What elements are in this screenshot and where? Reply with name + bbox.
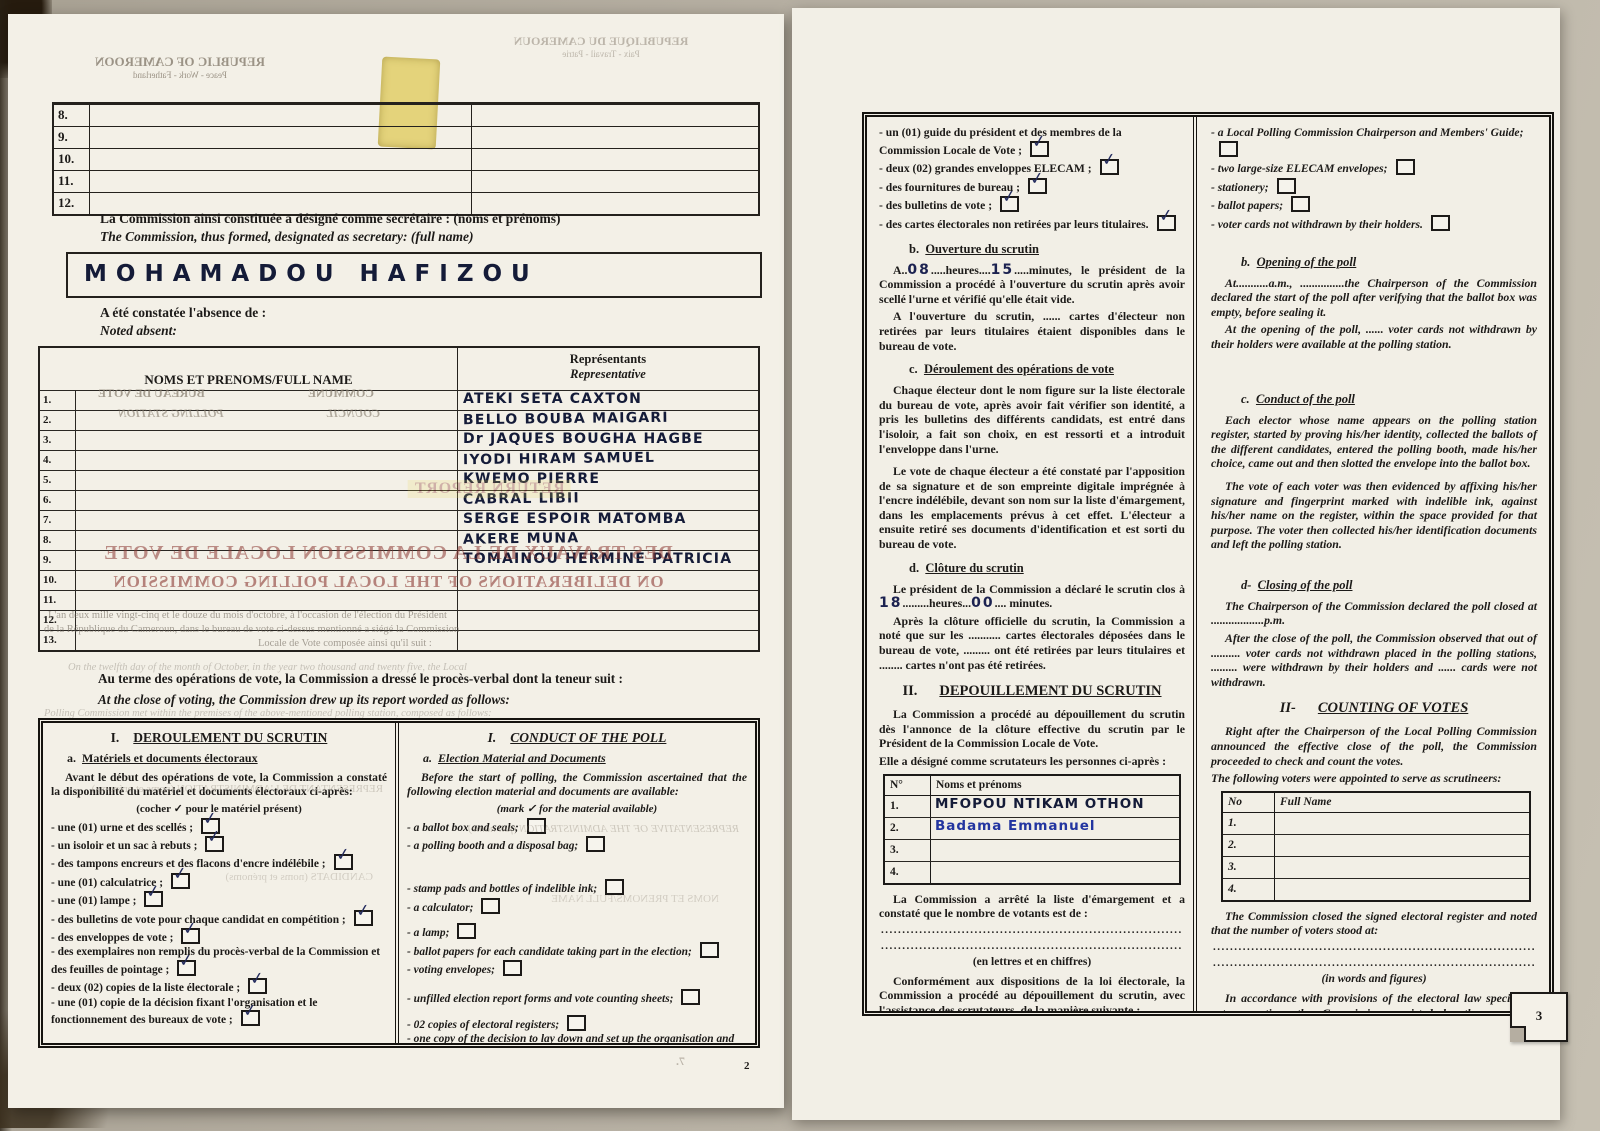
item-dash: - xyxy=(1211,181,1215,194)
material-item-en: - a lamp; xyxy=(407,923,747,940)
scrutineers-intro-fr: Elle a désigné comme scrutateurs les per… xyxy=(879,754,1185,769)
representative-row: 4. IYODI HIRAM SAMUEL xyxy=(40,450,758,470)
item-label: des exemplaires non remplis du procès-ve… xyxy=(51,946,380,975)
absent-label-fr: A été constatée l'absence de : xyxy=(100,304,266,322)
row-cell-right xyxy=(472,149,758,170)
item-label: a lamp; xyxy=(414,927,450,939)
item-dash: - xyxy=(879,181,883,194)
handwritten-hours: 18 xyxy=(879,595,902,611)
row-name xyxy=(1275,857,1529,878)
material-item-en: - ballot papers; xyxy=(1211,196,1537,214)
material-item-en: - voter cards not withdrawn by their hol… xyxy=(1211,215,1537,233)
stamp-return-report: RETURN REPORT xyxy=(408,480,571,498)
bleedthrough-administration-en: REPRESENTATIVE OF THE ADMINISTRATION (fu… xyxy=(439,823,739,835)
scanned-election-report: { "misc": { "dash": "-", "sep": "" }, "l… xyxy=(0,0,1600,1131)
members-table-rows-8-12: 8. 9. 10. 11. 12. xyxy=(52,102,760,216)
item-dash: - xyxy=(879,218,883,231)
row-cell-name xyxy=(76,471,458,490)
item-label: a Local Polling Commission Chairperson a… xyxy=(1218,126,1524,139)
checkbox xyxy=(567,1015,586,1031)
row-name xyxy=(1275,879,1529,900)
checkmark: ✓ xyxy=(1157,207,1173,226)
row-number: 4. xyxy=(1223,879,1275,900)
item-dash: - xyxy=(879,162,883,175)
item-label: un isoloir et un sac à rebuts ; xyxy=(58,840,198,852)
col-header-representative: Représentants Representative xyxy=(458,348,758,390)
handwritten-hours: 08 xyxy=(907,262,930,278)
item-label: voting envelopes; xyxy=(414,964,495,976)
row-number: 1. xyxy=(885,796,931,817)
item-dash: - xyxy=(1211,199,1215,212)
row-number: 11. xyxy=(40,591,76,610)
page-number-2: 2 xyxy=(744,1060,750,1072)
row-name xyxy=(1275,835,1529,856)
row-cell-name xyxy=(90,149,472,170)
material-item-fr: - un (01) guide du président et des memb… xyxy=(879,126,1185,158)
row-number: 8. xyxy=(54,105,90,126)
row-number: 9. xyxy=(54,127,90,148)
checkmark: ✓ xyxy=(206,828,222,847)
scrutineer-row: 3. xyxy=(885,839,1179,861)
checkmark: ✓ xyxy=(178,952,194,971)
page-number-3: 3 xyxy=(1510,992,1568,1042)
voters-count-para-fr: La Commission a arrêté la liste d'émarge… xyxy=(879,892,1185,921)
scrutineer-row: 1. xyxy=(1223,813,1529,834)
bleedthrough-noms-header: NOMS ET PRENOMS/FULL NAME xyxy=(459,893,719,905)
material-item-en: - unfilled election report forms and vot… xyxy=(407,989,747,1006)
table-row: 8. xyxy=(54,104,758,126)
item-dash: - xyxy=(407,946,411,958)
bleedthrough-council: COUNCIL xyxy=(326,406,380,421)
item-dash: - xyxy=(407,1019,411,1031)
checkbox xyxy=(1431,215,1450,231)
material-item-en: - stationery; xyxy=(1211,178,1537,196)
row-number: 4. xyxy=(885,862,931,883)
row-cell-name xyxy=(76,511,458,530)
handwritten-representative-name: IYODI HIRAM SAMUEL xyxy=(463,450,655,468)
row-cell-right xyxy=(472,127,758,148)
row-cell-representative: ATEKI SETA CAXTON xyxy=(458,391,758,410)
row-cell-right xyxy=(472,171,758,192)
row-name: Badama Emmanuel xyxy=(931,818,1179,839)
scrutineers-table-en: No Full Name 1. 2. xyxy=(1221,791,1531,902)
bleedthrough-administration-fr: REPRESENTANT DE L'ADMINISTRATION (noms e… xyxy=(53,783,383,795)
checkbox xyxy=(1219,141,1238,157)
material-item-en: - one copy of the decision to lay down a… xyxy=(407,1033,747,1043)
material-item-fr: - une (01) copie de la décision fixant l… xyxy=(51,997,387,1028)
conduct-heading-fr: c. Déroulement des opérations de vote xyxy=(879,362,1185,377)
scrutineer-row: 2. xyxy=(1223,834,1529,856)
item-dash: - xyxy=(407,927,411,939)
row-cell-representative: IYODI HIRAM SAMUEL xyxy=(458,451,758,470)
checkbox: ✓ xyxy=(144,891,163,907)
scrutineers-header-fr: N° Noms et prénoms xyxy=(885,776,1179,796)
checkbox: ✓ xyxy=(248,978,267,994)
checkbox: ✓ xyxy=(1157,215,1176,231)
checkmark: ✓ xyxy=(242,1002,258,1021)
row-number: 2. xyxy=(1223,835,1275,856)
scrutineer-row: 3. xyxy=(1223,856,1529,878)
row-cell-representative xyxy=(458,611,758,630)
checkmark: ✓ xyxy=(1031,133,1047,152)
row-cell-name xyxy=(90,105,472,126)
scrutineer-row: 1. MFOPOU NTIKAM OTHON xyxy=(885,796,1179,817)
material-item-fr: - deux (02) copies de la liste électoral… xyxy=(51,978,387,995)
secretary-label-fr: La Commission ainsi constituée a désigné… xyxy=(100,210,561,228)
item-label: des cartes électorales non retirées par … xyxy=(886,218,1149,231)
checkbox xyxy=(681,989,700,1005)
item-label: unfilled election report forms and vote … xyxy=(414,993,674,1005)
material-item-fr: - des fournitures de bureau ;✓ xyxy=(879,178,1185,196)
closing-line-en: At the close of voting, the Commission d… xyxy=(98,689,623,710)
scrutineers-header-en: No Full Name xyxy=(1223,793,1529,813)
item-label: 02 copies of electoral registers; xyxy=(414,1019,560,1031)
closing-para1-fr: Le président de la Commission a déclaré … xyxy=(879,582,1185,611)
item-label: des tampons encreurs et des flacons d'en… xyxy=(58,858,326,870)
stamp-line-fr: DES TRAVAUX DE LA COMMISSION LOCALE DE V… xyxy=(48,542,728,565)
closing-para2-fr: Après la clôture officielle du scrutin, … xyxy=(879,614,1185,672)
item-dash: - xyxy=(51,914,55,926)
row-number: 3. xyxy=(40,431,76,450)
row-number: 6. xyxy=(40,491,76,510)
item-dash: - xyxy=(51,858,55,870)
item-label: two large-size ELECAM envelopes; xyxy=(1218,162,1388,175)
handwritten-representative-name: Dr JAQUES BOUGHA HAGBE xyxy=(463,431,704,447)
checkbox: ✓ xyxy=(354,910,373,926)
row-cell-name xyxy=(76,431,458,450)
item-dash: - xyxy=(51,982,55,994)
conduct-para2-en: The vote of each voter was then evidence… xyxy=(1211,479,1537,552)
row-cell-representative xyxy=(458,631,758,650)
material-item-en: - voting envelopes; xyxy=(407,960,747,977)
material-item-en: - a polling booth and a disposal bag; xyxy=(407,836,747,853)
item-label: ballot papers; xyxy=(1218,199,1283,212)
checkbox xyxy=(1291,196,1310,212)
item-dash: - xyxy=(879,199,883,212)
representatives-table-header: NOMS ET PRENOMS/FULL NAME Représentants … xyxy=(40,348,758,390)
item-label: voter cards not withdrawn by their holde… xyxy=(1218,218,1423,231)
handwritten-representative-name: ATEKI SETA CAXTON xyxy=(463,391,642,407)
row-number: 3. xyxy=(885,840,931,861)
checkbox: ✓ xyxy=(205,836,224,852)
row-cell-representative: SERGE ESPOIR MATOMBA xyxy=(458,511,758,530)
handwritten-representative-name: BELLO BOUBA MAIGARI xyxy=(463,410,669,429)
dotted-line: ........................................… xyxy=(1213,957,1535,971)
checkmark: ✓ xyxy=(249,970,265,989)
handwritten-minutes: 15 xyxy=(991,262,1014,278)
checkbox: ✓ xyxy=(1000,196,1019,212)
item-dash: - xyxy=(51,822,55,834)
row-number: 4. xyxy=(40,451,76,470)
representative-row: 7. SERGE ESPOIR MATOMBA xyxy=(40,510,758,530)
scrutineer-row: 4. xyxy=(1223,878,1529,900)
representative-row: 3. Dr JAQUES BOUGHA HAGBE xyxy=(40,430,758,450)
checkmark: ✓ xyxy=(1001,188,1017,207)
voters-count-para-en: The Commission closed the signed elector… xyxy=(1211,909,1537,938)
bleedthrough-bureau-de-vote: BUREAU DE VOTE xyxy=(98,386,205,401)
counting-para-en: Right after the Chairperson of the Local… xyxy=(1211,724,1537,768)
item-dash: - xyxy=(51,895,55,907)
counting-para-fr: La Commission a procédé au dépouillement… xyxy=(879,707,1185,751)
row-number: 10. xyxy=(54,149,90,170)
row-cell-name xyxy=(90,127,472,148)
row-number: 11. xyxy=(54,171,90,192)
mark-note-fr: (cocher ✓ pour le matériel présent) xyxy=(51,802,387,815)
ghost-line-2: de la République du Cameroun, dans le bu… xyxy=(44,624,459,635)
checkbox: ✓ xyxy=(181,928,200,944)
item-label: deux (02) grandes enveloppes ELECAM ; xyxy=(886,162,1092,175)
counting-heading-fr: II.DEPOUILLEMENT DU SCRUTIN xyxy=(879,683,1185,700)
mark-note-en: (mark ✓ for the material available) xyxy=(407,802,747,815)
row-number: 2. xyxy=(885,818,931,839)
checkbox: ✓ xyxy=(1100,159,1119,175)
scrutineer-row: 2. Badama Emmanuel xyxy=(885,817,1179,839)
handwritten-scrutineer-name: MFOPOU NTIKAM OTHON xyxy=(935,796,1145,812)
checkbox: ✓ xyxy=(1028,178,1047,194)
item-label: une (01) copie de la décision fixant l'o… xyxy=(51,997,317,1026)
row-cell-right xyxy=(472,105,758,126)
table-row: 11. xyxy=(54,170,758,192)
item-dash: - xyxy=(407,1033,411,1043)
item-label: des enveloppes de vote ; xyxy=(58,932,174,944)
row-cell-name xyxy=(76,491,458,510)
item-label: des bulletins de vote ; xyxy=(886,199,992,212)
checkbox xyxy=(1277,178,1296,194)
representative-row: 5. KWEMO PIERRE xyxy=(40,470,758,490)
item-dash: - xyxy=(407,902,411,914)
closing-heading-en: d- Closing of the poll xyxy=(1211,578,1537,593)
ghost-line-1: L'an deux mille vingt-cinq et le douze d… xyxy=(48,610,447,621)
representative-row: 11. xyxy=(40,590,758,610)
right-page: - un (01) guide du président et des memb… xyxy=(792,8,1560,1120)
item-dash: - xyxy=(51,997,55,1009)
conduct-para2-fr: Le vote de chaque électeur a été constat… xyxy=(879,464,1185,552)
scrutineer-row: 4. xyxy=(885,861,1179,883)
row-cell-name xyxy=(76,591,458,610)
closing-para1-en: The Chairperson of the Commission declar… xyxy=(1211,599,1537,628)
secretary-label-en: The Commission, thus formed, designated … xyxy=(100,228,561,246)
checkbox: ✓ xyxy=(177,960,196,976)
conduct-para1-fr: Chaque électeur dont le nom figure sur l… xyxy=(879,383,1185,456)
row-number: 1. xyxy=(40,391,76,410)
item-dash: - xyxy=(407,822,411,834)
row-name: MFOPOU NTIKAM OTHON xyxy=(931,796,1179,817)
material-item-en: - a Local Polling Commission Chairperson… xyxy=(1211,126,1537,158)
row-cell-representative: Dr JAQUES BOUGHA HAGBE xyxy=(458,431,758,450)
poll-report-box: - un (01) guide du président et des memb… xyxy=(862,112,1554,1016)
bleedthrough-header-fr: REPUBLIQUE DU CAMEROUN Paix - Travail - … xyxy=(476,34,726,59)
opening-para2-en: At the opening of the poll, ...... voter… xyxy=(1211,322,1537,351)
row-number: 3. xyxy=(1223,857,1275,878)
item-dash: - xyxy=(407,883,411,895)
row-name xyxy=(931,840,1179,861)
scrutineers-table-fr: N° Noms et prénoms 1. MFOPOU NTIKAM OTHO… xyxy=(883,774,1181,885)
checkmark: ✓ xyxy=(334,846,350,865)
opening-para1-en: At...........a.m., ...............the Ch… xyxy=(1211,276,1537,320)
opening-heading-fr: b. Ouverture du scrutin xyxy=(879,242,1185,257)
words-figures-note-fr: (en lettres et en chiffres) xyxy=(879,956,1185,968)
checkbox xyxy=(700,942,719,958)
item-label: one copy of the decision to lay down and… xyxy=(407,1033,734,1043)
item-label: une (01) urne et des scellés ; xyxy=(58,822,193,834)
conduct-heading-en: c. Conduct of the poll xyxy=(1211,392,1537,407)
closing-line-fr: Au terme des opérations de vote, la Comm… xyxy=(98,668,623,689)
opening-para2-fr: A l'ouverture du scrutin, ...... cartes … xyxy=(879,309,1185,353)
secretary-labels: La Commission ainsi constituée a désigné… xyxy=(100,210,561,246)
materials-column-en: I.CONDUCT OF THE POLL a. Election Materi… xyxy=(395,723,755,1043)
item-dash: - xyxy=(51,932,55,944)
item-dash: - xyxy=(51,840,55,852)
item-label: des bulletins de vote pour chaque candid… xyxy=(58,914,346,926)
item-dash: - xyxy=(1211,218,1215,231)
checkmark: ✓ xyxy=(1100,151,1116,170)
material-item-fr: - des bulletins de vote ;✓ xyxy=(879,196,1185,214)
conduct-of-poll-box: I.DEROULEMENT DU SCRUTIN a. Matériels et… xyxy=(38,718,760,1048)
item-dash: - xyxy=(407,993,411,1005)
row-cell-representative: BELLO BOUBA MAIGARI xyxy=(458,411,758,430)
representative-row: 6. CABRAL LIBII xyxy=(40,490,758,510)
material-item-fr: - des bulletins de vote pour chaque cand… xyxy=(51,910,387,927)
item-dash: - xyxy=(51,946,55,958)
material-item-fr: - des cartes électorales non retirées pa… xyxy=(879,215,1185,233)
secretary-name-box: MOHAMADOU HAFIZOU xyxy=(66,252,762,298)
closing-heading-fr: d. Clôture du scrutin xyxy=(879,561,1185,576)
row-number: 5. xyxy=(40,471,76,490)
section-1-heading-en: I.CONDUCT OF THE POLL xyxy=(407,730,747,746)
table-row: 9. xyxy=(54,126,758,148)
item-dash: - xyxy=(407,964,411,976)
item-dash: - xyxy=(1211,162,1215,175)
material-item-fr: - une (01) lampe ;✓ xyxy=(51,891,387,908)
bleedthrough-candidats: CANDIDATS (noms et prénoms) xyxy=(73,871,373,883)
checkmark: ✓ xyxy=(355,902,371,921)
closing-statement: Au terme des opérations de vote, la Comm… xyxy=(98,668,623,710)
checkbox xyxy=(1396,159,1415,175)
ghost-line-3: Locale de Vote composée ainsi qu'il suit… xyxy=(258,638,432,649)
conform-para-en: In accordance with provisions of the ele… xyxy=(1211,991,1537,1011)
report-column-en: - a Local Polling Commission Chairperson… xyxy=(1193,117,1549,1011)
item-label: deux (02) copies de la liste électorale … xyxy=(58,982,241,994)
row-cell-representative xyxy=(458,591,758,610)
item-label: un (01) guide du président et des membre… xyxy=(879,126,1122,157)
item-label: ballot papers for each candidate taking … xyxy=(414,946,692,958)
checkbox xyxy=(457,923,476,939)
absent-labels: A été constatée l'absence de : Noted abs… xyxy=(100,304,266,340)
checkbox xyxy=(586,836,605,852)
left-page: REPUBLIC OF CAMEROON Peace - Work - Fath… xyxy=(8,14,784,1108)
counting-heading-en: II-COUNTING OF VOTES xyxy=(1211,700,1537,717)
conduct-para1-en: Each elector whose name appears on the p… xyxy=(1211,413,1537,471)
checkbox: ✓ xyxy=(1030,141,1049,157)
checkbox: ✓ xyxy=(241,1010,260,1026)
checkbox xyxy=(503,960,522,976)
row-number: 7. xyxy=(40,511,76,530)
bleedthrough-row7: 7. xyxy=(676,1054,685,1069)
material-item-en: - 02 copies of electoral registers; xyxy=(407,1015,747,1032)
subsection-a-heading-en: a. Election Material and Documents xyxy=(407,751,747,766)
checkmark: ✓ xyxy=(1029,170,1045,189)
opening-heading-en: b. Opening of the poll xyxy=(1211,255,1537,270)
dotted-line: ........................................… xyxy=(1213,941,1535,955)
absent-label-en: Noted absent: xyxy=(100,322,266,340)
checkmark: ✓ xyxy=(182,920,198,939)
row-number: 1. xyxy=(1223,813,1275,834)
materials-intro-en: Before the start of polling, the Commiss… xyxy=(407,771,747,799)
material-item-fr: - des exemplaires non remplis du procès-… xyxy=(51,946,387,977)
dotted-line: ........................................… xyxy=(881,924,1183,938)
item-label: une (01) lampe ; xyxy=(58,895,137,907)
handwritten-minutes: 00 xyxy=(971,595,994,611)
bleedthrough-polling-station: POLLING STATION xyxy=(118,406,224,421)
item-dash: - xyxy=(51,877,55,889)
item-label: stationery; xyxy=(1218,181,1269,194)
material-item-en: - ballot papers for each candidate takin… xyxy=(407,942,747,959)
material-item-fr: - des tampons encreurs et des flacons d'… xyxy=(51,854,387,871)
subsection-a-heading-fr: a. Matériels et documents électoraux xyxy=(51,751,387,766)
item-label: a polling booth and a disposal bag; xyxy=(414,840,579,852)
item-dash: - xyxy=(407,840,411,852)
section-1-heading-fr: I.DEROULEMENT DU SCRUTIN xyxy=(51,730,387,746)
item-dash: - xyxy=(1211,126,1215,139)
stamp-line-en: ON DELIBERATIONS OF THE LOCAL POLLING CO… xyxy=(38,572,738,592)
closing-para2-en: After the close of the poll, the Commiss… xyxy=(1211,631,1537,689)
row-name xyxy=(1275,813,1529,834)
row-cell-name xyxy=(90,171,472,192)
conform-para-fr: Conformément aux dispositions de la loi … xyxy=(879,974,1185,1011)
bleedthrough-commune: COMMUNE xyxy=(308,386,374,401)
dotted-line: ........................................… xyxy=(881,940,1183,954)
opening-para-fr: A..08.....heures....15.....minutes, le p… xyxy=(879,263,1185,307)
secretary-handwritten-name: MOHAMADOU HAFIZOU xyxy=(84,261,539,287)
table-row: 10. xyxy=(54,148,758,170)
row-name xyxy=(931,862,1179,883)
material-item-fr: - des enveloppes de vote ;✓ xyxy=(51,928,387,945)
checkmark: ✓ xyxy=(145,883,161,902)
col-header-names: NOMS ET PRENOMS/FULL NAME xyxy=(40,348,458,390)
row-cell-name xyxy=(76,451,458,470)
material-item-en: - two large-size ELECAM envelopes; xyxy=(1211,159,1537,177)
row-number: 12. xyxy=(54,193,90,214)
report-column-fr: - un (01) guide du président et des memb… xyxy=(867,117,1193,1011)
item-dash: - xyxy=(879,126,883,139)
row-number: 2. xyxy=(40,411,76,430)
words-figures-note-en: (in words and figures) xyxy=(1211,973,1537,985)
materials-column-fr: I.DEROULEMENT DU SCRUTIN a. Matériels et… xyxy=(43,723,395,1043)
scrutineers-intro-en: The following voters were appointed to s… xyxy=(1211,771,1537,786)
handwritten-scrutineer-name: Badama Emmanuel xyxy=(935,818,1096,834)
bleedthrough-header-en: REPUBLIC OF CAMEROON Peace - Work - Fath… xyxy=(60,54,300,80)
handwritten-representative-name: SERGE ESPOIR MATOMBA xyxy=(463,511,687,527)
checkbox: ✓ xyxy=(334,854,353,870)
